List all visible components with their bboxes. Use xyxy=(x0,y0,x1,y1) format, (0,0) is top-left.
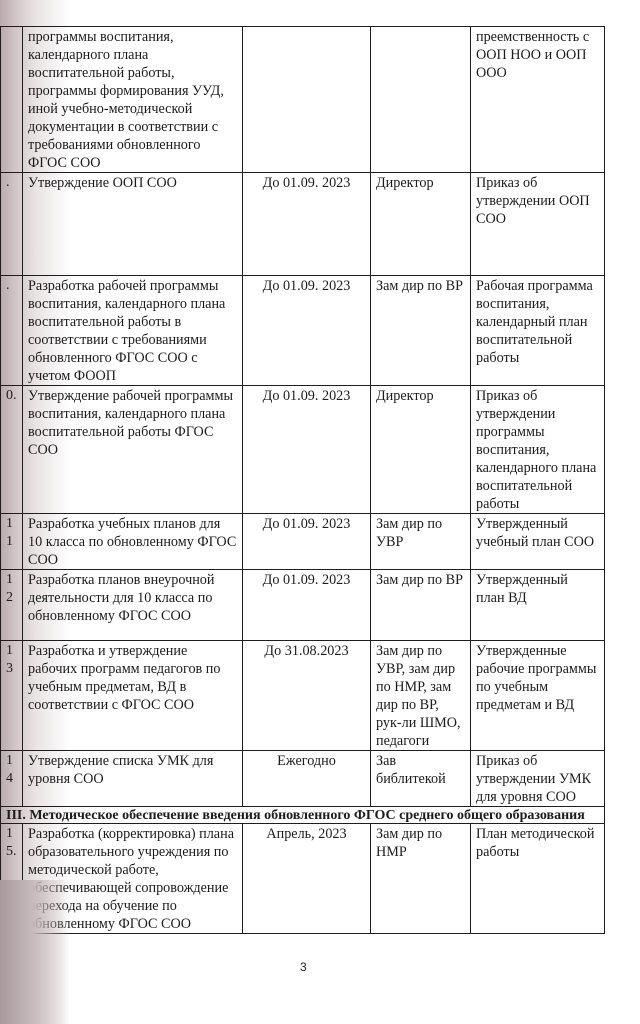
task-cell: Разработка учебных планов для 10 класса … xyxy=(23,514,243,570)
task-cell: Утверждение рабочей программы воспитания… xyxy=(23,386,243,514)
task-cell: Разработка и утверждение рабочих програм… xyxy=(23,641,243,751)
row-number: 13 xyxy=(1,641,23,751)
implementation-plan-table: программы воспитания, календарного плана… xyxy=(0,26,605,934)
result-cell: Утвержденные рабочие программы по учебны… xyxy=(471,641,605,751)
task-cell: Разработка планов внеурочной деятельност… xyxy=(23,570,243,641)
result-cell: Утвержденный план ВД xyxy=(471,570,605,641)
responsible-cell: Зам дир по НМР xyxy=(371,824,471,934)
table-row: 11 Разработка учебных планов для 10 клас… xyxy=(1,514,605,570)
task-cell: Утверждение ООП СОО xyxy=(23,173,243,276)
table-row: . Утверждение ООП СОО До 01.09. 2023 Дир… xyxy=(1,173,605,276)
task-cell: программы воспитания, календарного плана… xyxy=(23,27,243,173)
responsible-cell xyxy=(371,27,471,173)
row-number xyxy=(1,27,23,173)
responsible-cell: Зам дир по УВР xyxy=(371,514,471,570)
table-row: 14 Утверждение списка УМК для уровня СОО… xyxy=(1,751,605,807)
result-cell: Рабочая программа воспитания, календарны… xyxy=(471,276,605,386)
task-cell: Утверждение списка УМК для уровня СОО xyxy=(23,751,243,807)
section-heading-row: III. Методическое обеспечение введения о… xyxy=(1,807,605,824)
result-cell: План методической работы xyxy=(471,824,605,934)
result-cell: Приказ об утверждении УМК для уровня СОО xyxy=(471,751,605,807)
deadline-cell: Апрель, 2023 xyxy=(243,824,371,934)
responsible-cell: Директор xyxy=(371,173,471,276)
table-row: программы воспитания, календарного плана… xyxy=(1,27,605,173)
responsible-cell: Зам дир по ВР xyxy=(371,276,471,386)
responsible-cell: Зам дир по УВР, зам дир по НМР, зам дир … xyxy=(371,641,471,751)
responsible-cell: Зам дир по ВР xyxy=(371,570,471,641)
row-number: 11 xyxy=(1,514,23,570)
deadline-cell: До 01.09. 2023 xyxy=(243,570,371,641)
deadline-cell: До 01.09. 2023 xyxy=(243,514,371,570)
task-cell: Разработка рабочей программы воспитания,… xyxy=(23,276,243,386)
row-number: . xyxy=(1,276,23,386)
deadline-cell: Ежегодно xyxy=(243,751,371,807)
row-number: 0. xyxy=(1,386,23,514)
result-cell: Приказ об утверждении программы воспитан… xyxy=(471,386,605,514)
row-number: . xyxy=(1,173,23,276)
row-number: 12 xyxy=(1,570,23,641)
scan-edge-shadow-bottom xyxy=(0,880,70,1024)
section-heading: III. Методическое обеспечение введения о… xyxy=(1,807,605,824)
result-cell: Утвержденный учебный план СОО xyxy=(471,514,605,570)
deadline-cell: До 31.08.2023 xyxy=(243,641,371,751)
deadline-cell: До 01.09. 2023 xyxy=(243,276,371,386)
deadline-cell: До 01.09. 2023 xyxy=(243,386,371,514)
table-row: 12 Разработка планов внеурочной деятельн… xyxy=(1,570,605,641)
page-number: 3 xyxy=(300,960,307,974)
responsible-cell: Директор xyxy=(371,386,471,514)
table-row: 13 Разработка и утверждение рабочих прог… xyxy=(1,641,605,751)
result-cell: преемственность с ООП НОО и ООП ООО xyxy=(471,27,605,173)
table-row: 15. Разработка (корректировка) плана обр… xyxy=(1,824,605,934)
table-row: . Разработка рабочей программы воспитани… xyxy=(1,276,605,386)
table-row: 0. Утверждение рабочей программы воспита… xyxy=(1,386,605,514)
deadline-cell: До 01.09. 2023 xyxy=(243,173,371,276)
result-cell: Приказ об утверждении ООП СОО xyxy=(471,173,605,276)
responsible-cell: Зав библитекой xyxy=(371,751,471,807)
row-number: 14 xyxy=(1,751,23,807)
deadline-cell xyxy=(243,27,371,173)
